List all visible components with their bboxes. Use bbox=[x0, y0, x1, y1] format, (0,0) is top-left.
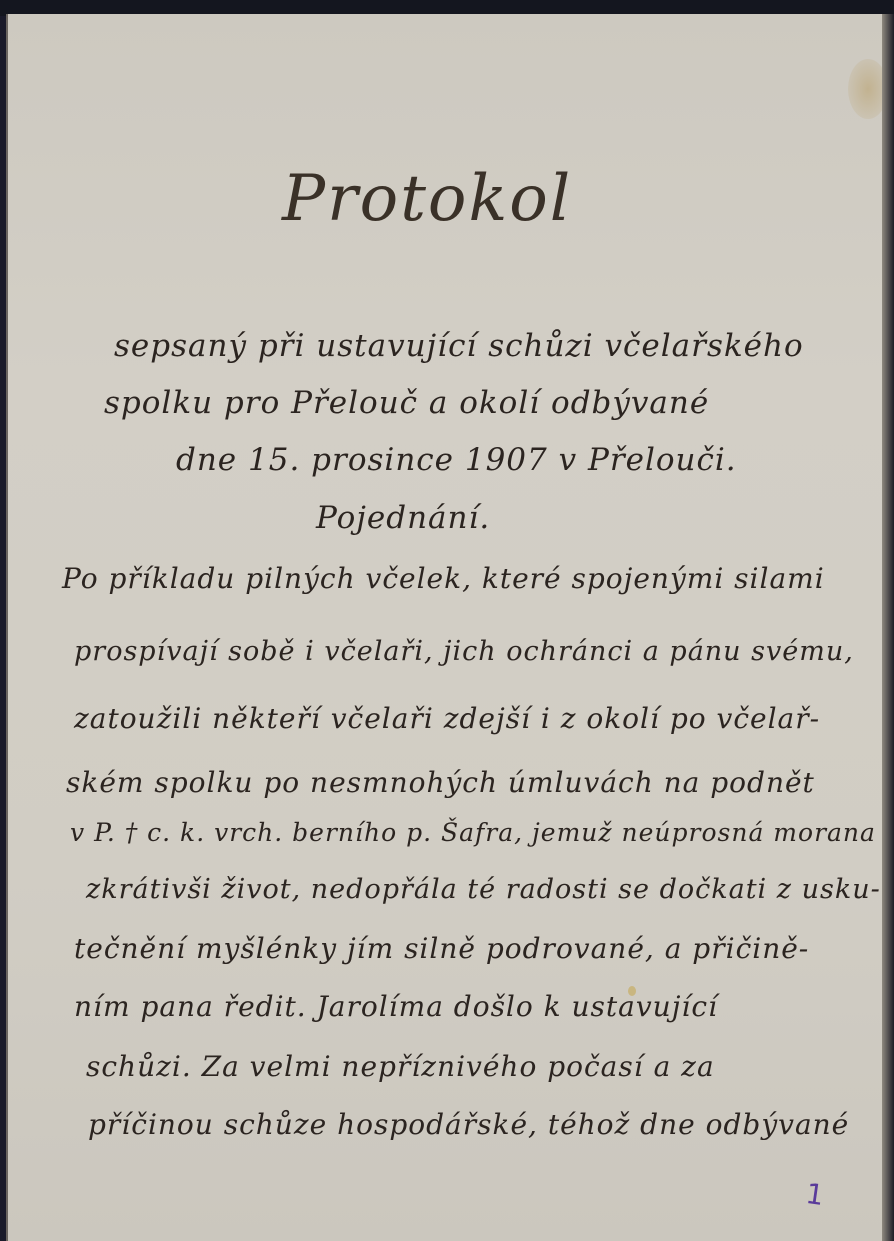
body-line: ním pana ředit. Jarolíma došlo k ustavuj… bbox=[74, 990, 718, 1023]
book-spine-edge bbox=[882, 14, 894, 1241]
body-line: zatoužili někteří včelaři zdejší i z oko… bbox=[74, 702, 820, 735]
section-heading: Pojednání. bbox=[316, 500, 490, 536]
body-line: v P. † c. k. vrch. berního p. Šafra, jem… bbox=[70, 818, 876, 847]
subtitle-line-2: spolku pro Přelouč a okolí odbývané bbox=[104, 385, 709, 421]
body-line: schůzi. Za velmi nepříznivého počasí a z… bbox=[86, 1050, 715, 1083]
body-line: Po příkladu pilných včelek, které spojen… bbox=[62, 562, 825, 595]
body-line: zkrátivši život, nedopřála té radosti se… bbox=[86, 874, 881, 905]
subtitle-line-3: dne 15. prosince 1907 v Přelouči. bbox=[176, 442, 737, 478]
body-line: příčinou schůze hospodářské, téhož dne o… bbox=[88, 1108, 849, 1141]
body-line: ském spolku po nesmnohých úmluvách na po… bbox=[66, 766, 815, 799]
body-line: prospívají sobě i včelaři, jich ochránci… bbox=[74, 636, 854, 667]
document-title: Protokol bbox=[282, 162, 572, 236]
subtitle-line-1: sepsaný při ustavující schůzi včelařskéh… bbox=[114, 328, 804, 364]
body-line: tečnění myšlénky jím silně podrované, a … bbox=[74, 932, 809, 965]
